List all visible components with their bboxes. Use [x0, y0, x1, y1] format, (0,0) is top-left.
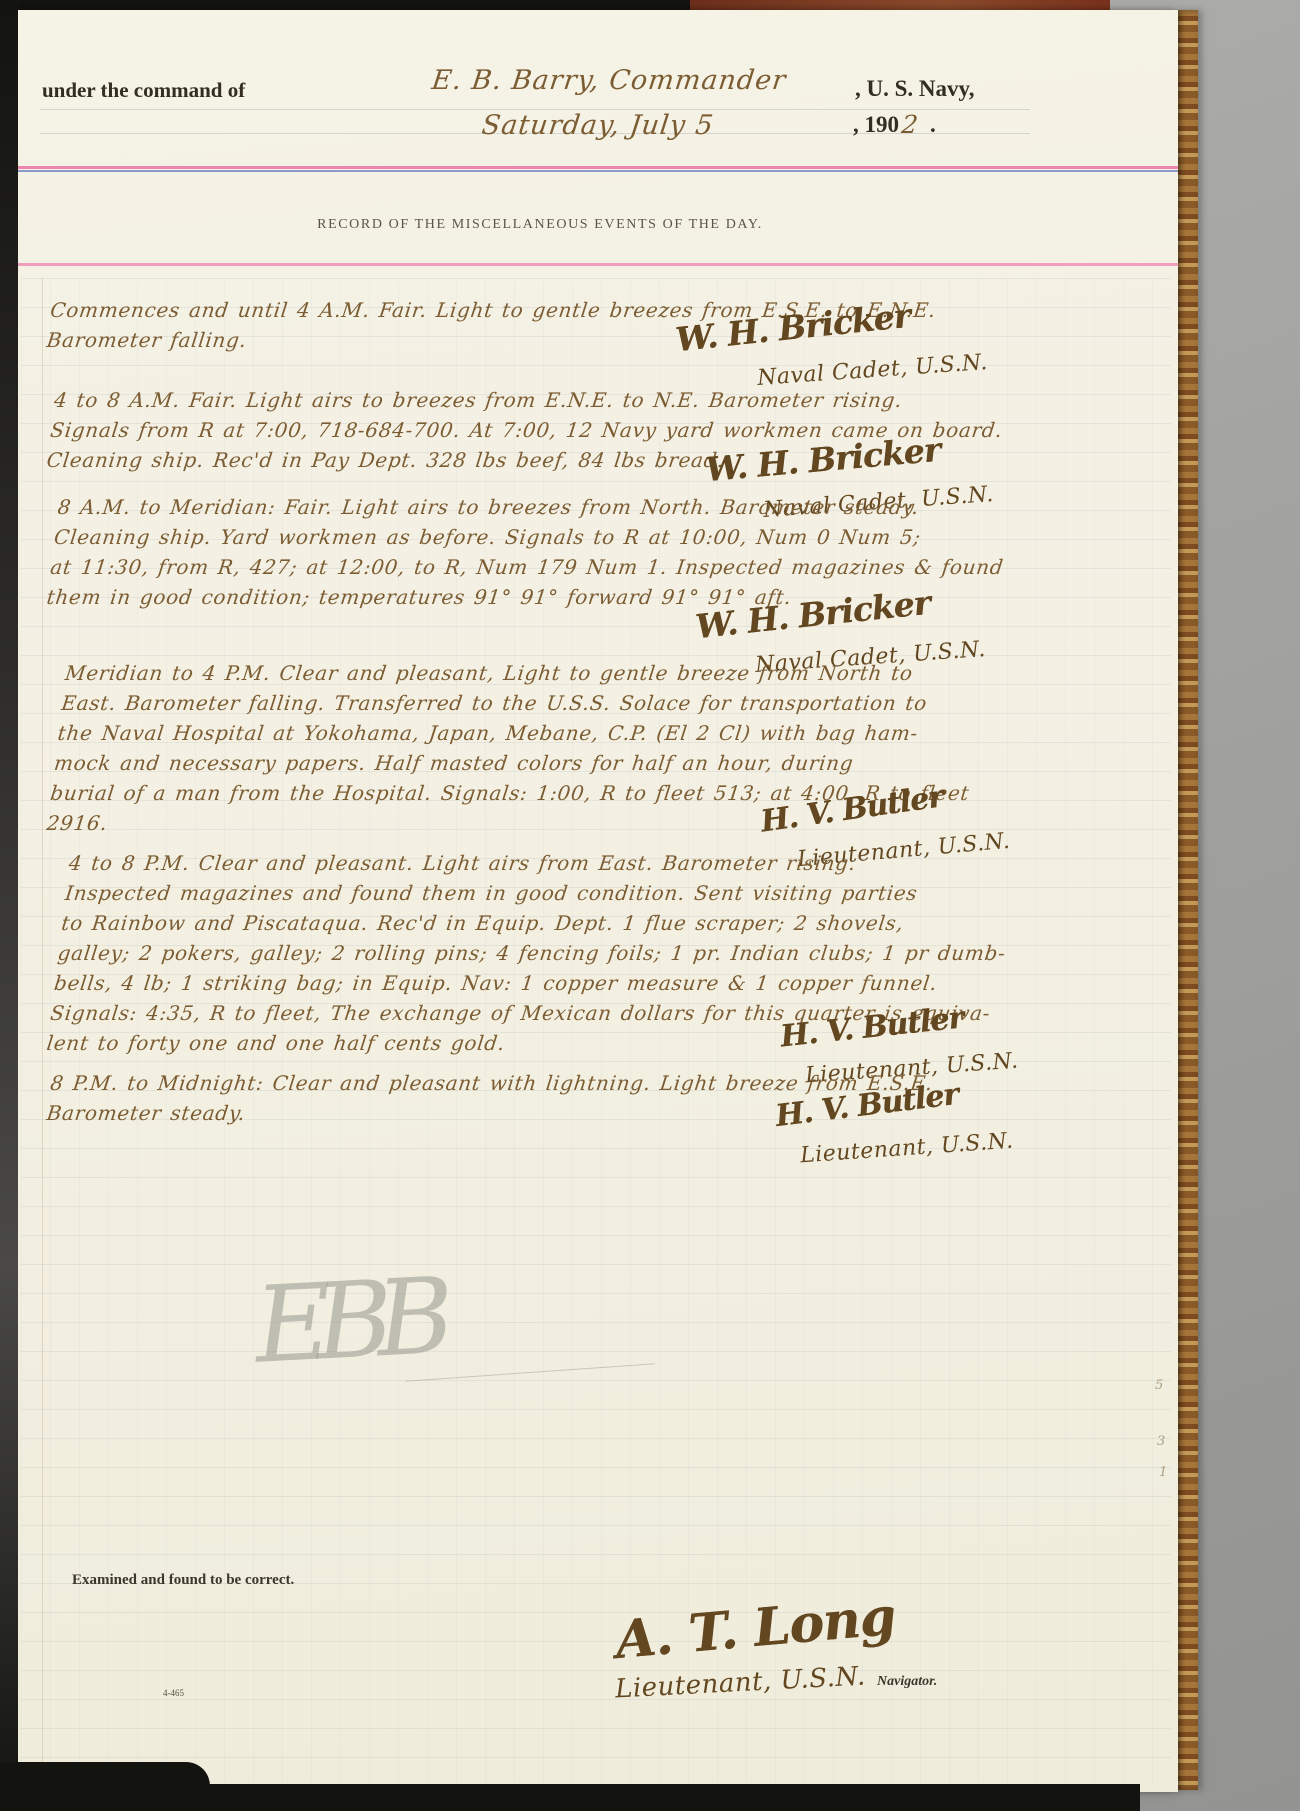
header-year-digit-script: 2	[900, 110, 919, 139]
pink-rule-second	[15, 263, 1178, 266]
record-caption: RECORD OF THE MISCELLANEOUS EVENTS OF TH…	[45, 217, 1035, 233]
edge-mark: 3	[1157, 1434, 1165, 1449]
header-year-period: .	[930, 112, 936, 138]
entry-line: Inspected magazines and found them in go…	[63, 878, 1014, 908]
entry-line: 8 A.M. to Meridian: Fair. Light airs to …	[56, 492, 1013, 522]
logbook-page: under the command of E. B. Barry, Comman…	[15, 10, 1178, 1792]
entry-line: 4 to 8 A.M. Fair. Light airs to breezes …	[52, 385, 1008, 415]
entry-line: 8 P.M. to Midnight: Clear and pleasant w…	[49, 1068, 935, 1098]
header-navy-label: , U. S. Navy,	[855, 76, 975, 102]
entry-line: Meridian to 4 P.M. Clear and pleasant, L…	[63, 658, 986, 688]
left-margin-rule	[42, 278, 43, 1773]
header-year-prefix: , 190	[853, 112, 899, 138]
entry-line: East. Barometer falling. Transferred to …	[60, 688, 983, 718]
entry-line: mock and necessary papers. Half masted c…	[52, 748, 975, 778]
edge-mark: 5	[1155, 1378, 1163, 1393]
navigator-label: Navigator.	[877, 1674, 937, 1690]
form-number: 4-465	[163, 1688, 184, 1698]
entry-line: at 11:30, from R, 427; at 12:00, to R, N…	[49, 552, 1006, 582]
photo-left-edge	[0, 0, 18, 1811]
header-commander-script: E. B. Barry, Commander	[430, 65, 788, 96]
entry-line: galley; 2 pokers, galley; 2 rolling pins…	[56, 938, 1007, 968]
entry-line: Cleaning ship. Yard workmen as before. S…	[52, 522, 1009, 552]
entry-line: bells, 4 lb; 1 striking bag; in Equip. N…	[52, 968, 1003, 998]
logbook-photo: under the command of E. B. Barry, Comman…	[0, 0, 1300, 1811]
edge-mark: 1	[1159, 1465, 1167, 1480]
book-fore-edge	[1176, 10, 1198, 1790]
entry-line: 4 to 8 P.M. Clear and pleasant. Light ai…	[67, 848, 1018, 878]
entry-line: the Naval Hospital at Yokohama, Japan, M…	[56, 718, 979, 748]
photo-bottom-edge	[0, 1784, 1140, 1811]
pink-rule-top	[15, 166, 1178, 172]
pencil-initials: EBB	[252, 1255, 441, 1386]
examined-statement: Examined and found to be correct.	[72, 1572, 294, 1589]
header-command-label: under the command of	[42, 78, 245, 103]
entry-line: to Rainbow and Piscataqua. Rec'd in Equi…	[60, 908, 1011, 938]
header-date-script: Saturday, July 5	[480, 110, 716, 141]
